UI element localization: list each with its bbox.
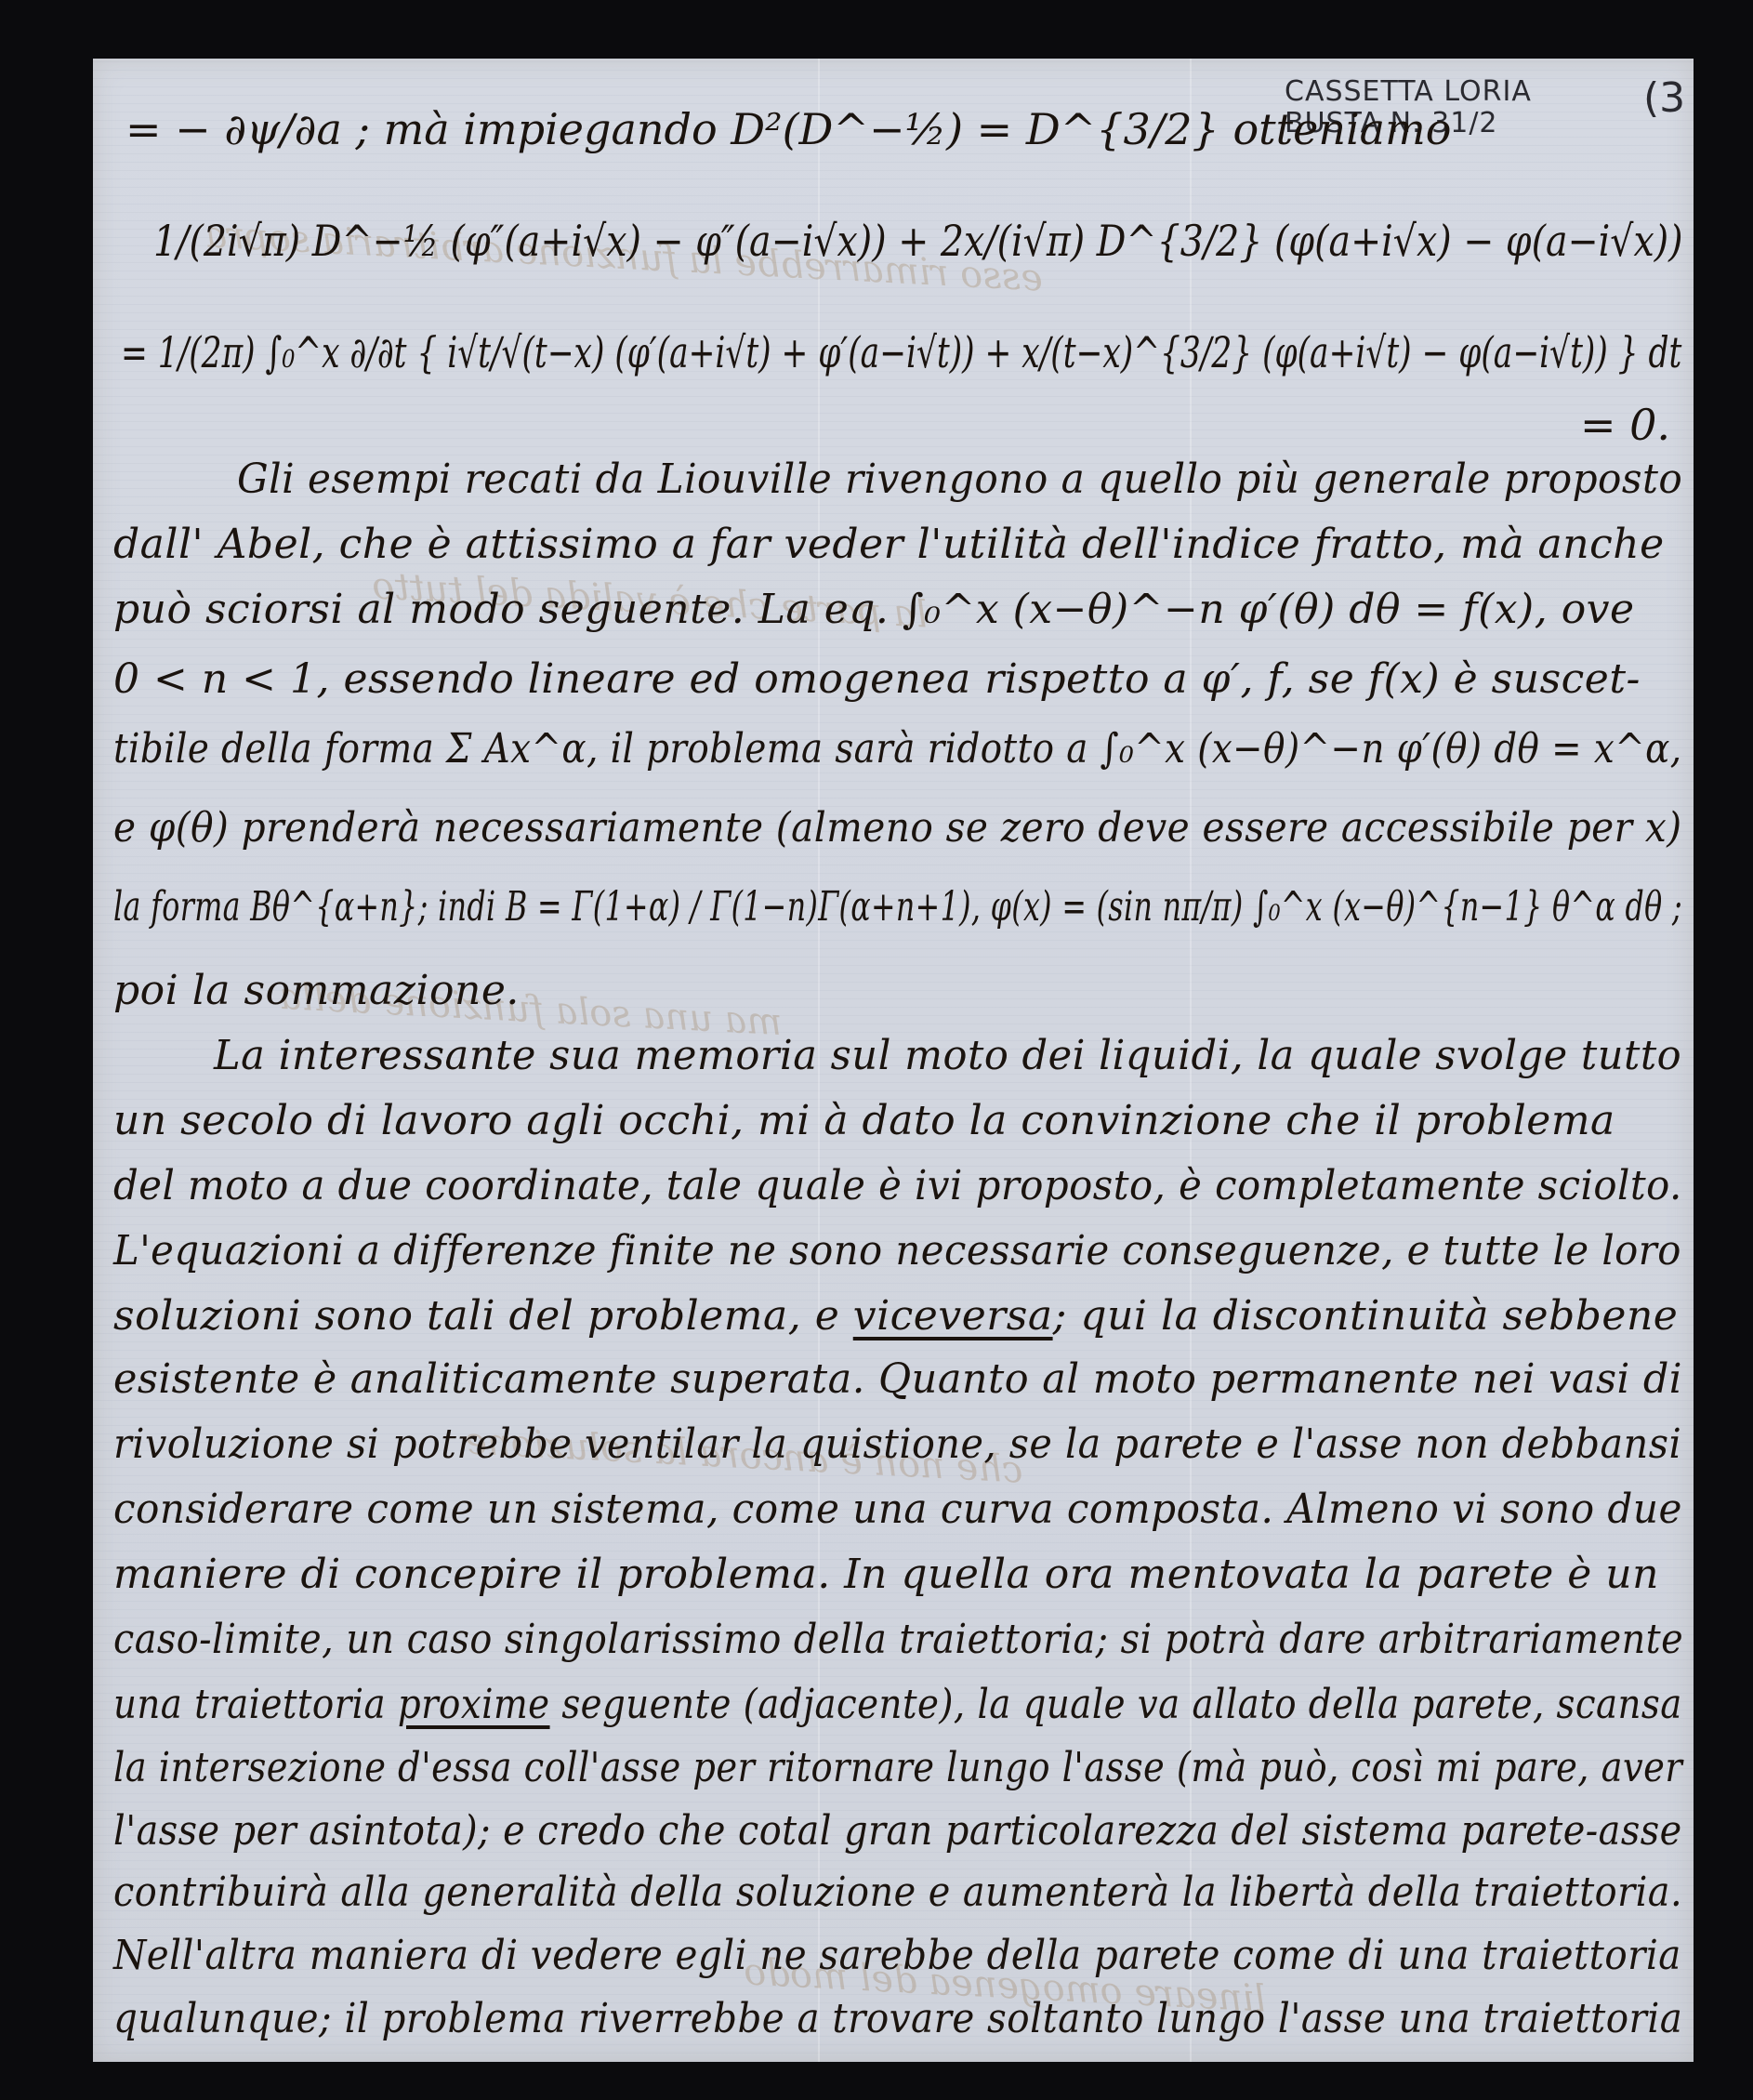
text-line: del moto a due coordinate, tale quale è …: [113, 1162, 1682, 1209]
text-line: poi la sommazione.: [113, 967, 520, 1014]
text-line: un secolo di lavoro agli occhi, mi à dat…: [113, 1097, 1615, 1144]
math-line-1: = − ∂ψ/∂a ; mà impiegando D²(D^−½) = D^{…: [125, 104, 1451, 154]
text-line: L'equazioni a differenze finite ne sono …: [113, 1227, 1681, 1275]
text-line: e φ(θ) prenderà necessariamente (almeno …: [113, 804, 1682, 852]
text-line: Nell'altra maniera di vedere egli ne sar…: [113, 1932, 1681, 1979]
math-line-2: 1/(2i√π) D^−½ (φ″(a+i√x) − φ″(a−i√x)) + …: [153, 216, 1683, 266]
text-line: l'asse per asintota); e credo che cotal …: [113, 1807, 1682, 1855]
text-line: può sciorsi al modo seguente. La eq. ∫₀^…: [113, 586, 1635, 633]
math-line-3: = 1/(2π) ∫₀^x ∂/∂t { i√t/√(t−x) (φ′(a+i√…: [121, 327, 1681, 377]
text-line: considerare come un sistema, come una cu…: [113, 1486, 1682, 1533]
text-line: la forma Bθ^{α+n}; indi B = Γ(1+α) / Γ(1…: [113, 883, 1682, 931]
underlined-word: proxime: [398, 1681, 550, 1728]
text-line: qualunque; il problema riverrebbe a trov…: [113, 1995, 1682, 2042]
text-line: Gli esempi recati da Liouville rivengono…: [237, 456, 1682, 503]
text-line: dall' Abel, che è attissimo a far veder …: [113, 521, 1665, 568]
text-line: contribuirà alla generalità della soluzi…: [113, 1869, 1682, 1916]
text-line: soluzioni sono tali del problema, e vice…: [113, 1292, 1678, 1340]
text-line: maniere di concepire il problema. In que…: [113, 1551, 1659, 1598]
underlined-word: viceversa: [853, 1292, 1053, 1340]
text-line: rivoluzione si potrebbe ventilar la quis…: [113, 1420, 1681, 1468]
text-line: una traiettoria proxime seguente (adjace…: [113, 1681, 1682, 1728]
math-line-4: = 0.: [1580, 400, 1670, 450]
text-line: tibile della forma Σ Ax^α, il problema s…: [113, 725, 1682, 773]
text-line: la intersezione d'essa coll'asse per rit…: [113, 1744, 1682, 1791]
text-line: La interessante sua memoria sul moto dei…: [214, 1032, 1681, 1079]
text-line: caso-limite, un caso singolarissimo dell…: [113, 1616, 1683, 1663]
archive-label-line1: CASSETTA LORIA: [1285, 76, 1532, 108]
page-number: (3: [1643, 74, 1685, 122]
text-line: 0 < n < 1, essendo lineare ed omogenea r…: [113, 655, 1641, 703]
text-line: esistente è analiticamente superata. Qua…: [113, 1355, 1682, 1403]
